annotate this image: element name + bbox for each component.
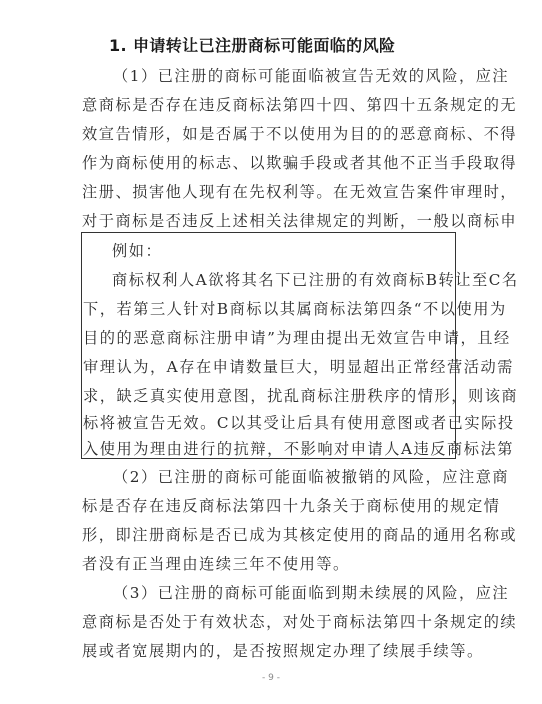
text-line: 审理认为，A存在申请数量巨大，明显超出正常经营活动需	[83, 356, 514, 377]
text-line: 形，即注册商标是否已成为其核定使用的商品的通用名称或	[82, 524, 517, 545]
text-line: 下，若第三人针对B商标以其属商标法第四条“不以使用为	[83, 298, 507, 319]
text-line: （2）已注册的商标可能面临被撤销的风险，应注意商	[113, 466, 509, 487]
text-line: 目的的恶意商标注册申请”为理由提出无效宣告申请，且经	[83, 327, 511, 348]
document-page: 1. 申请转让已注册商标可能面临的风险 （1）已注册的商标可能面临被宣告无效的风…	[0, 0, 542, 704]
text-line: 商标权利人A欲将其名下已注册的有效商标B转让至C名	[112, 269, 519, 290]
text-line: 展或者宽展期内的，是否按照规定办理了续展手续等。	[82, 640, 484, 661]
text-line: 对于商标是否违反上述相关法律规定的判断，一般以商标申	[82, 210, 517, 231]
text-line: 标是否存在违反商标法第四十九条关于商标使用的规定情	[82, 495, 500, 516]
text-line: 作为商标使用的标志、以欺骗手段或者其他不正当手段取得	[82, 152, 517, 173]
text-line: 标将被宣告无效。C以其受让后具有使用意图或者已实际投	[83, 412, 515, 433]
text-line: 意商标是否处于有效状态，对处于商标法第四十条规定的续	[82, 611, 517, 632]
text-line: 意商标是否存在违反商标法第四十四、第四十五条规定的无	[82, 94, 517, 115]
example-label: 例如：	[112, 240, 162, 261]
text-line: 入使用为理由进行的抗辩，不影响对申请人A违反商标法第	[83, 438, 514, 459]
page-number: - 9 -	[0, 673, 542, 683]
text-line: （1）已注册的商标可能面临被宣告无效的风险，应注	[113, 65, 509, 86]
text-line: 求，缺乏真实使用意图，扰乱商标注册秩序的情形，则该商	[83, 385, 518, 406]
text-line: 注册、损害他人现有在先权利等。在无效宣告案件审理时，	[82, 181, 517, 202]
text-line: 效宣告情形，如是否属于不以使用为目的的恶意商标、不得	[82, 123, 517, 144]
text-line: （3）已注册的商标可能面临到期未续展的风险，应注	[113, 582, 509, 603]
text-line: 者没有正当理由连续三年不使用等。	[82, 553, 350, 574]
section-heading: 1. 申请转让已注册商标可能面临的风险	[109, 33, 395, 56]
